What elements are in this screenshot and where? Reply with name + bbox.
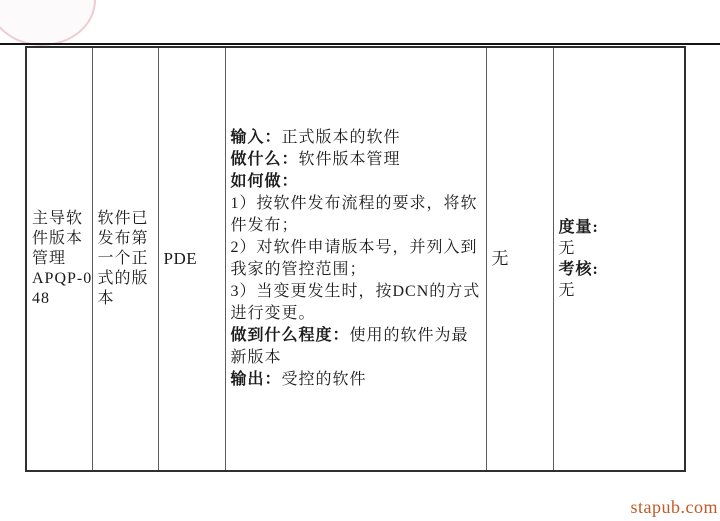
table-row: 主导软 件版本 管理 APQP-0 48 软件已 发布第 一个正 式的版 本 P…	[26, 47, 685, 471]
owner-text: PDE	[164, 249, 222, 269]
exit-criteria-text: 无	[492, 249, 550, 269]
cell-owner: PDE	[158, 47, 225, 471]
cell-exit-criteria: 无	[486, 47, 553, 471]
decorative-ellipse	[0, 0, 96, 46]
cell-process-name: 主导软 件版本 管理 APQP-0 48	[26, 47, 92, 471]
metrics-text: 度量: 无 考核: 无	[559, 217, 682, 301]
process-table: 主导软 件版本 管理 APQP-0 48 软件已 发布第 一个正 式的版 本 P…	[25, 46, 686, 472]
cell-activity: 输入：正式版本的软件 做什么：软件版本管理 如何做： 1）按软件发布流程的要求，…	[225, 47, 486, 471]
cell-entry-criteria: 软件已 发布第 一个正 式的版 本	[92, 47, 158, 471]
activity-text: 输入：正式版本的软件 做什么：软件版本管理 如何做： 1）按软件发布流程的要求，…	[231, 127, 483, 391]
entry-criteria-text: 软件已 发布第 一个正 式的版 本	[98, 209, 155, 309]
page-divider-rule	[0, 43, 720, 45]
cell-metrics: 度量: 无 考核: 无	[553, 47, 685, 471]
process-name-text: 主导软 件版本 管理 APQP-0 48	[32, 209, 89, 309]
site-watermark: stapub.com	[631, 497, 719, 518]
